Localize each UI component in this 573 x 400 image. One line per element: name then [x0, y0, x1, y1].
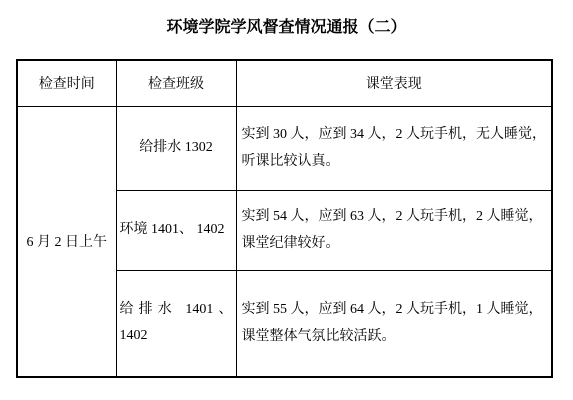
performance-cell: 实到 54 人，应到 63 人，2 人玩手机，2 人睡觉， 课堂纪律较好。 [236, 190, 552, 270]
class-name-cell: 给排水 1401、1402 [116, 270, 236, 377]
performance-cell: 实到 30 人，应到 34 人，2 人玩手机，无人睡觉， 听课比较认真。 [236, 106, 552, 190]
page-title: 环境学院学风督查情况通报（二） [0, 14, 573, 37]
class-name-cell: 给排水 1302 [116, 106, 236, 190]
table-row: 6 月 2 日上午 给排水 1302 实到 30 人，应到 34 人，2 人玩手… [17, 106, 552, 190]
inspection-time-cell: 6 月 2 日上午 [17, 106, 116, 377]
performance-cell: 实到 55 人，应到 64 人，2 人玩手机，1 人睡觉， 课堂整体气氛比较活跃… [236, 270, 552, 377]
header-inspected-class: 检查班级 [116, 60, 236, 106]
header-inspection-time: 检查时间 [17, 60, 116, 106]
header-class-performance: 课堂表现 [236, 60, 552, 106]
class-name-cell: 环境 1401、 1402 [116, 190, 236, 270]
inspection-report-table: 检查时间 检查班级 课堂表现 6 月 2 日上午 给排水 1302 实到 30 … [16, 59, 553, 378]
table-header-row: 检查时间 检查班级 课堂表现 [17, 60, 552, 106]
